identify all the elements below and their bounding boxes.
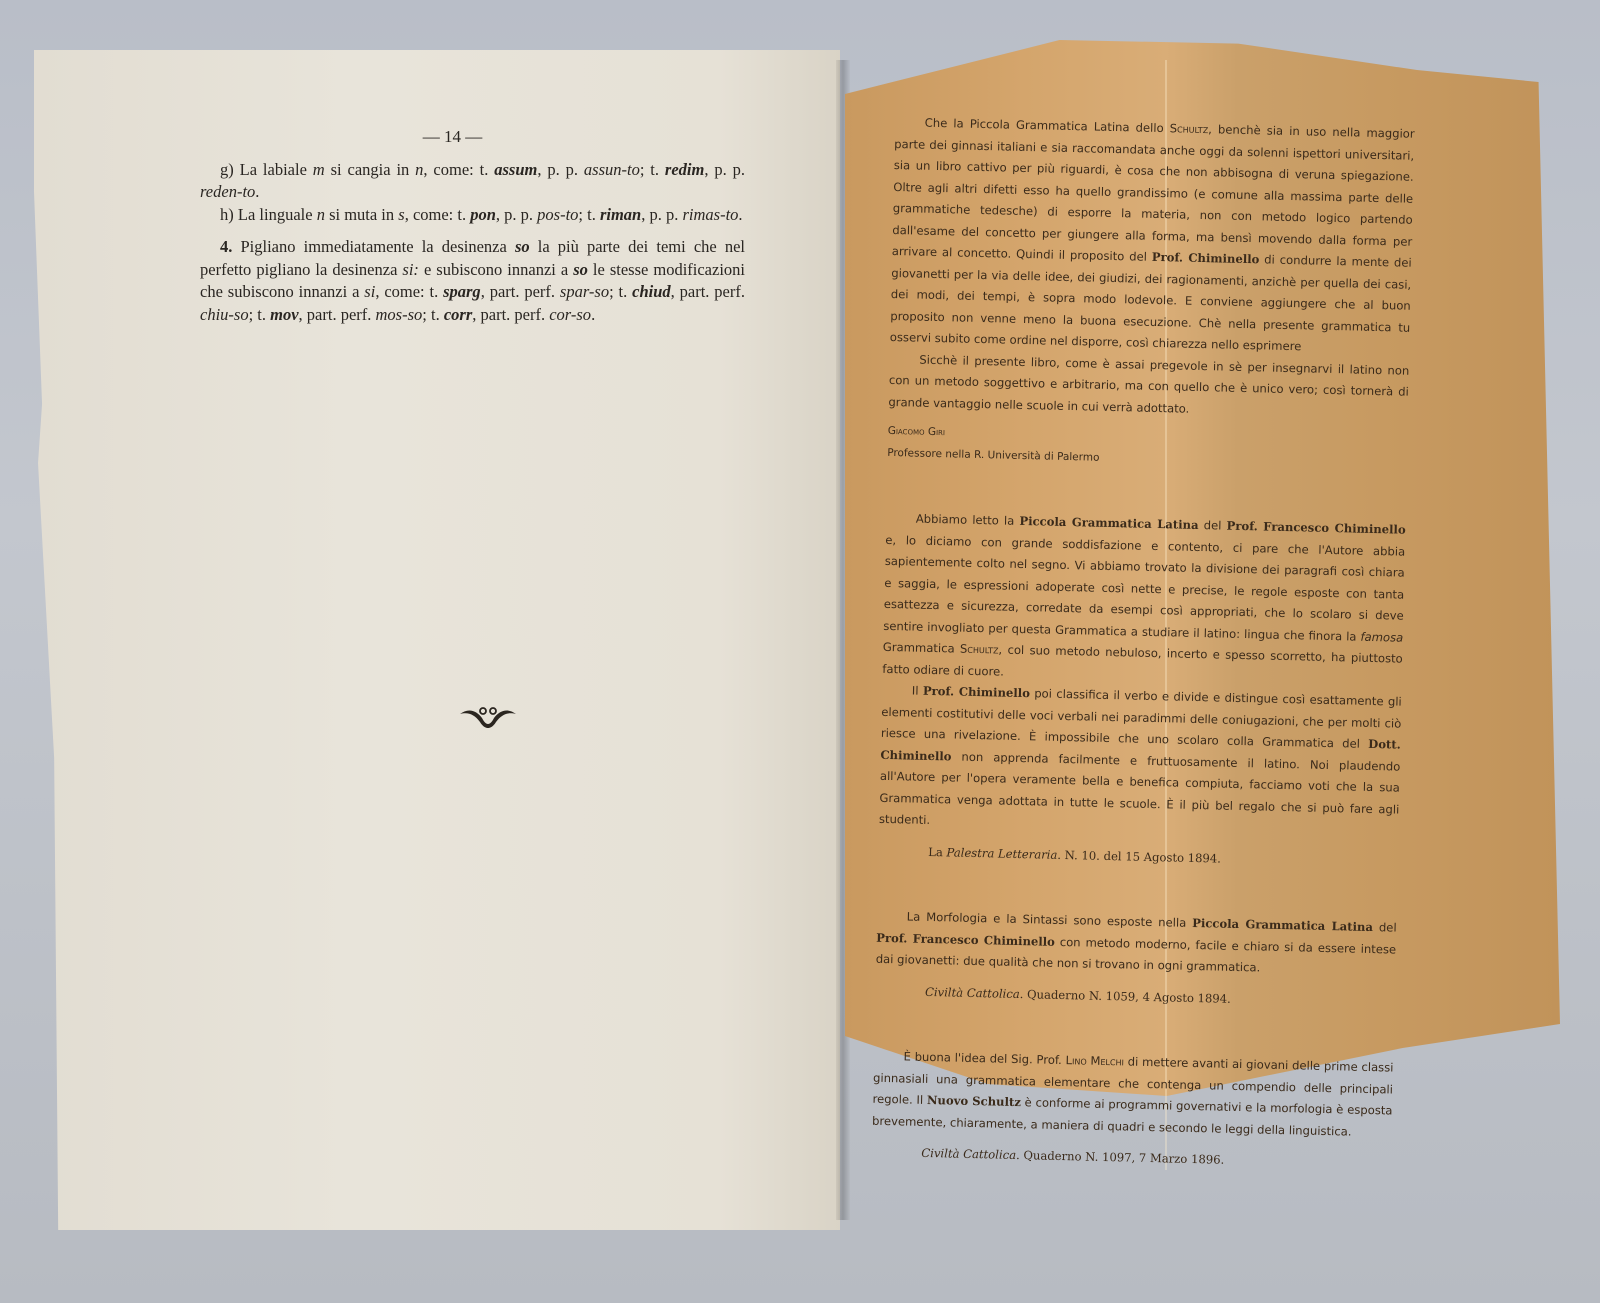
review-civilta-1896: È buona l'idea del Sig. Prof. Lino Melch…	[872, 1046, 1394, 1144]
page-number: — 14 —	[200, 126, 745, 149]
floral-ornament-icon	[458, 700, 518, 730]
paragraph-4: 4. Pigliano immediatamente la desinenza …	[200, 236, 745, 326]
review-palestra-paragraph-2: Il Prof. Chiminello poi classifica il ve…	[879, 680, 1402, 842]
paragraph-g: g) La labiale m si cangia in n, come: t.…	[200, 159, 745, 204]
review-giri-paragraph-1: Che la Piccola Grammatica Latina dello S…	[890, 112, 1415, 360]
review-palestra-paragraph-1: Abbiamo letto la Piccola Grammatica Lati…	[882, 508, 1406, 692]
paragraph-h: h) La linguale n si muta in s, come: t. …	[200, 204, 745, 227]
review-civilta-1894: La Morfologia e la Sintassi sono esposte…	[876, 906, 1397, 982]
right-page-reviews: Che la Piccola Grammatica Latina dello S…	[871, 112, 1415, 1175]
source-civilta-1894: Civiltà Cattolica. Quaderno N. 1059, 4 A…	[875, 980, 1395, 1013]
source-civilta-1896: Civiltà Cattolica. Quaderno N. 1097, 7 M…	[871, 1142, 1391, 1175]
review-giri-paragraph-2: Sicchè il presente libro, come è assai p…	[888, 348, 1409, 424]
left-page-text: — 14 — g) La labiale m si cangia in n, c…	[200, 126, 745, 326]
source-palestra: La Palestra Letteraria. N. 10. del 15 Ag…	[878, 840, 1398, 873]
